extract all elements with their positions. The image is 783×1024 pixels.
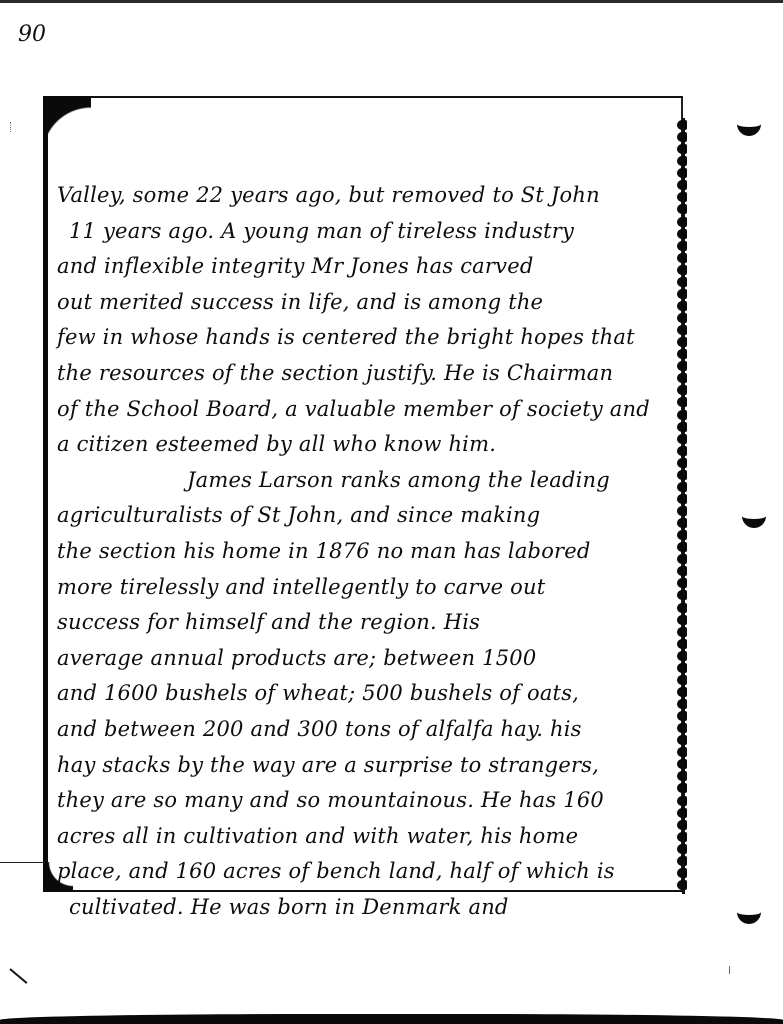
punch-hole-middle (742, 512, 766, 528)
text-line: place, and 160 acres of bench land, half… (57, 854, 677, 890)
spiral-coil (677, 192, 687, 202)
sheet-edge-line (0, 862, 45, 863)
spiral-coil (677, 844, 687, 854)
spiral-coil (677, 554, 687, 564)
text-line: acres all in cultivation and with water,… (57, 819, 677, 855)
spiral-coil (677, 325, 687, 335)
spiral-coil (677, 518, 687, 528)
spiral-coil (677, 204, 687, 214)
text-line: the resources of the section justify. He… (57, 356, 677, 392)
spiral-coil (677, 132, 687, 142)
handwritten-text: Valley, some 22 years ago, but removed t… (57, 178, 677, 925)
text-line: few in whose hands is centered the brigh… (57, 320, 677, 356)
paragraph-start-line: James Larson ranks among the leading (57, 463, 677, 499)
spiral-coil (677, 687, 687, 697)
spiral-coil (677, 397, 687, 407)
spiral-coil (677, 470, 687, 480)
spiral-coil (677, 289, 687, 299)
spiral-coil (677, 783, 687, 793)
spiral-coil (677, 578, 687, 588)
spiral-coil (677, 410, 687, 420)
spiral-coil (677, 530, 687, 540)
text-line: they are so many and so mountainous. He … (57, 783, 677, 819)
spiral-coil (677, 506, 687, 516)
spiral-coil (677, 458, 687, 468)
spiral-coil (677, 542, 687, 552)
spiral-coil (677, 385, 687, 395)
spiral-coil (677, 566, 687, 576)
spiral-coil (677, 856, 687, 866)
spiral-coil (677, 615, 687, 625)
spiral-coil (677, 229, 687, 239)
sheet-corner-top-left (43, 96, 91, 156)
spiral-coil (677, 796, 687, 806)
spiral-coil (677, 422, 687, 432)
spiral-coil (677, 735, 687, 745)
text-line: more tirelessly and intellegently to car… (57, 570, 677, 606)
spiral-coil (677, 301, 687, 311)
text-line: a citizen esteemed by all who know him. (57, 427, 677, 463)
spiral-coil (677, 144, 687, 154)
scan-bottom-edge (0, 1014, 783, 1024)
spiral-coil (677, 482, 687, 492)
spiral-coil (677, 241, 687, 251)
spiral-coil (677, 880, 687, 890)
text-line: and 1600 bushels of wheat; 500 bushels o… (57, 676, 677, 712)
spiral-coil (677, 808, 687, 818)
spiral-coil (677, 168, 687, 178)
spiral-coil (677, 639, 687, 649)
spiral-coil (677, 820, 687, 830)
text-line: Valley, some 22 years ago, but removed t… (57, 178, 677, 214)
spiral-coil (677, 603, 687, 613)
text-line: and inflexible integrity Mr Jones has ca… (57, 249, 677, 285)
spiral-coil (677, 120, 687, 130)
text-line: agriculturalists of St John, and since m… (57, 498, 677, 534)
text-line: average annual products are; between 150… (57, 641, 677, 677)
spiral-coil (677, 868, 687, 878)
spiral-coil (677, 699, 687, 709)
spiral-coil (677, 771, 687, 781)
text-line: the section his home in 1876 no man has … (57, 534, 677, 570)
spiral-coil (677, 361, 687, 371)
spiral-coil (677, 723, 687, 733)
spiral-coil (677, 590, 687, 600)
text-line: of the School Board, a valuable member o… (57, 392, 677, 428)
spiral-coil (677, 651, 687, 661)
spiral-coil (677, 747, 687, 757)
spiral-coil (677, 265, 687, 275)
stray-mark (10, 122, 14, 132)
spiral-coil (677, 373, 687, 383)
stray-pen-mark (9, 968, 27, 984)
spiral-coil (677, 675, 687, 685)
spiral-coil (677, 832, 687, 842)
spiral-coil (677, 446, 687, 456)
spiral-coil (677, 663, 687, 673)
spiral-coil (677, 494, 687, 504)
spiral-coil (677, 313, 687, 323)
spiral-coil (677, 156, 687, 166)
text-line: and between 200 and 300 tons of alfalfa … (57, 712, 677, 748)
spiral-coil (677, 627, 687, 637)
stray-tick-mark (729, 966, 730, 974)
spiral-coil (677, 349, 687, 359)
page-number: 90 (18, 22, 46, 47)
spiral-coil (677, 217, 687, 227)
scan-top-edge (0, 0, 783, 3)
punch-hole-bottom (737, 908, 761, 924)
text-line: 11 years ago. A young man of tireless in… (57, 214, 677, 250)
spiral-coil (677, 337, 687, 347)
spiral-coil (677, 180, 687, 190)
spiral-coil (677, 711, 687, 721)
text-line: success for himself and the region. His (57, 605, 677, 641)
spiral-coil (677, 759, 687, 769)
spiral-coil (677, 277, 687, 287)
spiral-binding (677, 120, 691, 890)
text-line: cultivated. He was born in Denmark and (57, 890, 677, 926)
text-line: out merited success in life, and is amon… (57, 285, 677, 321)
spiral-coil (677, 434, 687, 444)
punch-hole-top (737, 120, 761, 136)
spiral-coil (677, 253, 687, 263)
text-line: hay stacks by the way are a surprise to … (57, 748, 677, 784)
